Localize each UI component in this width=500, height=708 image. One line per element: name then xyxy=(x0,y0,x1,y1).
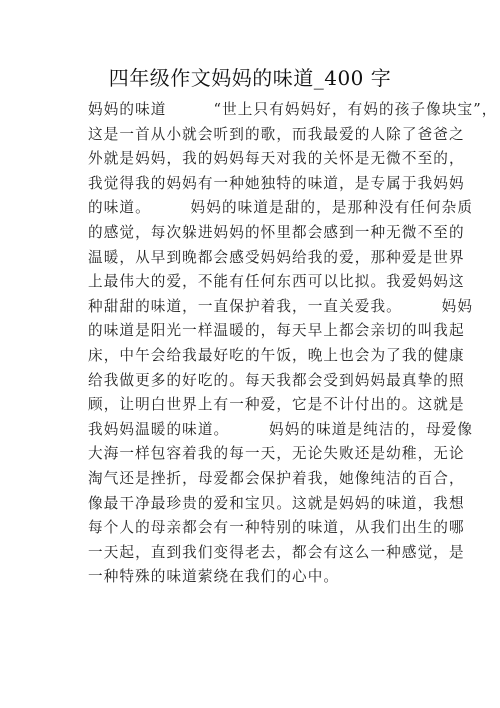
text-line: 的感觉，每次躲进妈妈的怀里都会感到一种无微不至的 xyxy=(88,221,418,246)
text-line: 种甜甜的味道，一直保护着我，一直关爱我。 妈妈 xyxy=(88,295,418,320)
text-line: 一天起，直到我们变得老去，都会有这么一种感觉，是 xyxy=(88,541,418,566)
text-line: 床，中午会给我最好吃的午饭，晚上也会为了我的健康 xyxy=(88,344,418,369)
text-line: 顾，让明白世界上有一种爱，它是不计付出的。这就是 xyxy=(88,393,418,418)
text-line: 给我做更多的好吃的。每天我都会受到妈妈最真挚的照 xyxy=(88,369,418,394)
text-line: 我妈妈温暖的味道。 妈妈的味道是纯洁的，母爱像 xyxy=(88,418,418,443)
text-line: 外就是妈妈，我的妈妈每天对我的关怀是无微不至的， xyxy=(88,147,418,172)
document-page: 四年级作文妈妈的味道_400 字 妈妈的味道 “世上只有妈妈好，有妈的孩子像块宝… xyxy=(0,0,500,708)
text-line: 这是一首从小就会听到的歌，而我最爱的人除了爸爸之 xyxy=(88,123,418,148)
essay-body: 妈妈的味道 “世上只有妈妈好，有妈的孩子像块宝”， 这是一首从小就会听到的歌，而… xyxy=(88,98,418,590)
document-title: 四年级作文妈妈的味道_400 字 xyxy=(0,62,500,91)
text-line: 我觉得我的妈妈有一种她独特的味道，是专属于我妈妈 xyxy=(88,172,418,197)
text-line: 妈妈的味道 “世上只有妈妈好，有妈的孩子像块宝”， xyxy=(88,98,418,123)
text-line: 像最干净最珍贵的爱和宝贝。这就是妈妈的味道，我想 xyxy=(88,492,418,517)
text-line: 每个人的母亲都会有一种特别的味道，从我们出生的哪 xyxy=(88,516,418,541)
text-line: 上最伟大的爱，不能有任何东西可以比拟。我爱妈妈这 xyxy=(88,270,418,295)
text-line: 温暖，从早到晚都会感受妈妈给我的爱，那种爱是世界 xyxy=(88,246,418,271)
text-line: 大海一样包容着我的每一天，无论失败还是幼稚，无论 xyxy=(88,442,418,467)
text-line: 的味道是阳光一样温暖的，每天早上都会亲切的叫我起 xyxy=(88,319,418,344)
text-line: 一种特殊的味道萦绕在我们的心中。 xyxy=(88,565,418,590)
text-line: 的味道。 妈妈的味道是甜的，是那种没有任何杂质 xyxy=(88,196,418,221)
text-line: 淘气还是挫折，母爱都会保护着我，她像纯洁的百合， xyxy=(88,467,418,492)
